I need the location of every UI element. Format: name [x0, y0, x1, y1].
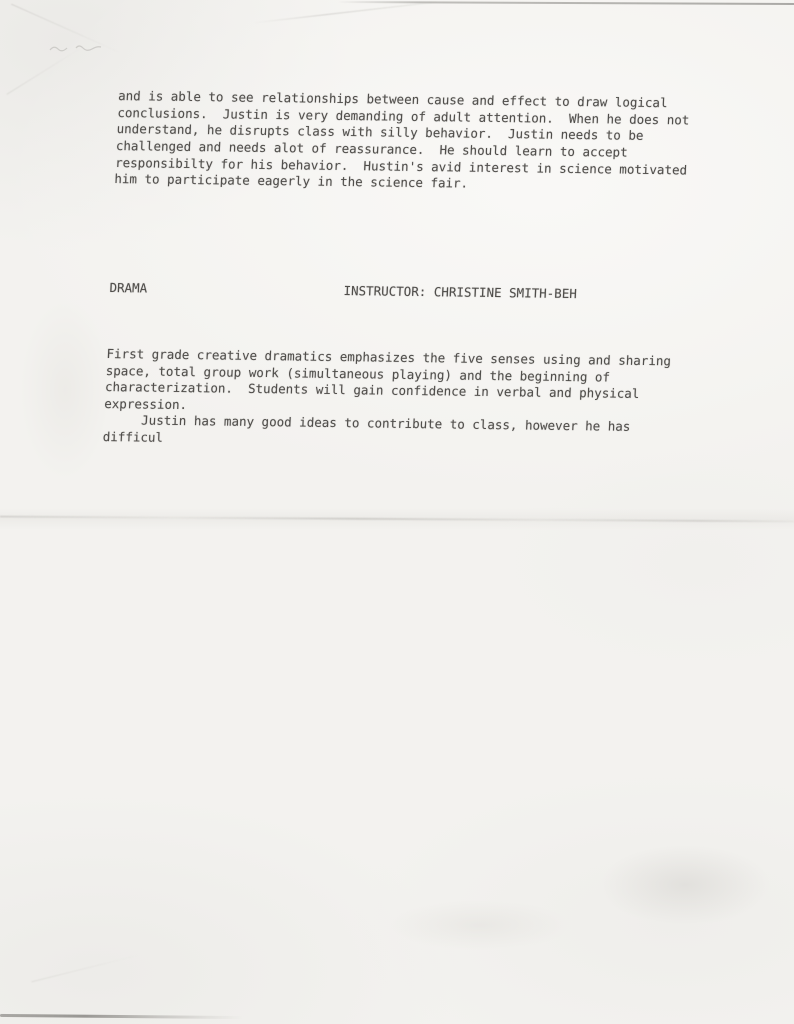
paper-smudge [20, 300, 110, 480]
typed-text-block: and is able to see relationships between… [101, 55, 740, 487]
drama-section-header: DRAMA INSTRUCTOR: CHRISTINE SMITH-BEH [109, 280, 730, 305]
paper-smudge [600, 845, 770, 925]
paper-smudge [390, 900, 570, 950]
scan-bottom-edge-shadow [0, 1014, 242, 1019]
paper-crease [6, 46, 83, 95]
paper-crease [253, 2, 437, 24]
paper-crease [31, 954, 138, 982]
paper-crease [11, 4, 121, 54]
drama-paragraph: First grade creative dramatics emphasize… [102, 346, 726, 454]
faint-pencil-smudge [46, 38, 110, 58]
scan-top-edge-shadow [338, 1, 794, 5]
continuation-paragraph: and is able to see relationships between… [114, 88, 738, 196]
section-title: DRAMA [109, 280, 147, 297]
scanned-page: and is able to see relationships between… [0, 0, 794, 1024]
fold-shadow [0, 508, 794, 530]
instructor-line: INSTRUCTOR: CHRISTINE SMITH-BEH [343, 283, 577, 303]
horizontal-fold-crease [0, 516, 794, 522]
